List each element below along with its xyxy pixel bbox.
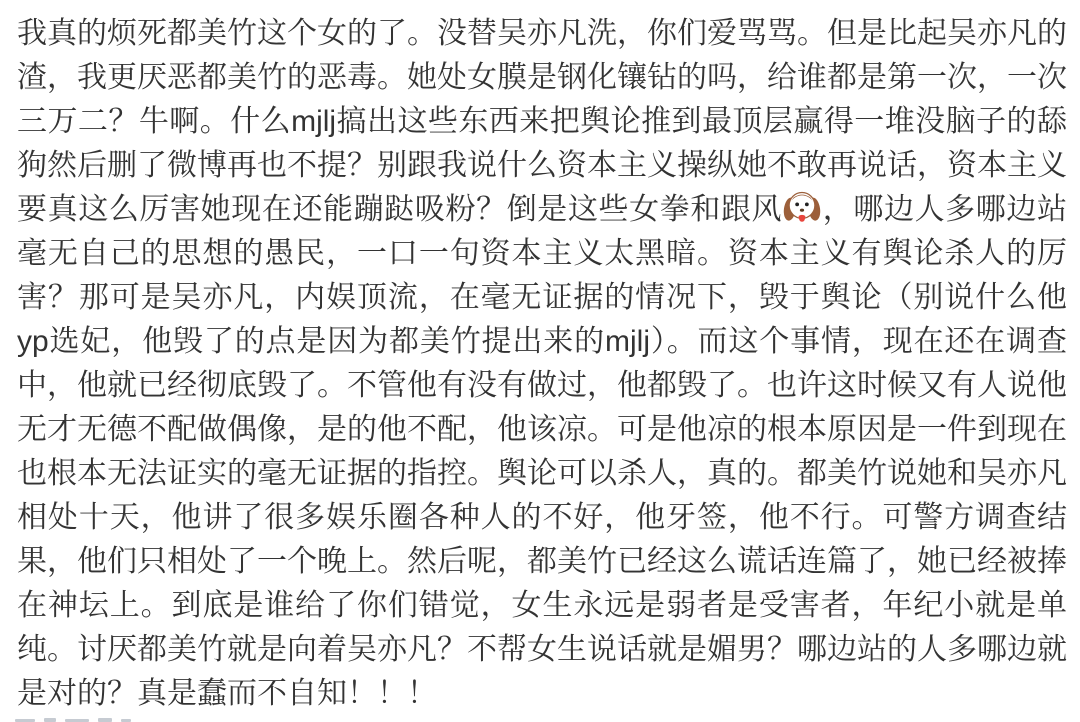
post-content: 我真的烦死都美竹这个女的了。没替吴亦凡洗，你们爱骂骂。但是比起吴亦凡的渣，我更厌… <box>0 0 1080 722</box>
post-paragraph: 我真的烦死都美竹这个女的了。没替吴亦凡洗，你们爱骂骂。但是比起吴亦凡的渣，我更厌… <box>0 0 1080 716</box>
post-text-after-emoji: ，哪边人多哪边站毫无自己的思想的愚民，一口一句资本主义太黑暗。资本主义有舆论杀人… <box>17 193 1067 710</box>
cutoff-next-line-fragment <box>15 718 131 722</box>
dog-face-emoji <box>783 188 821 226</box>
